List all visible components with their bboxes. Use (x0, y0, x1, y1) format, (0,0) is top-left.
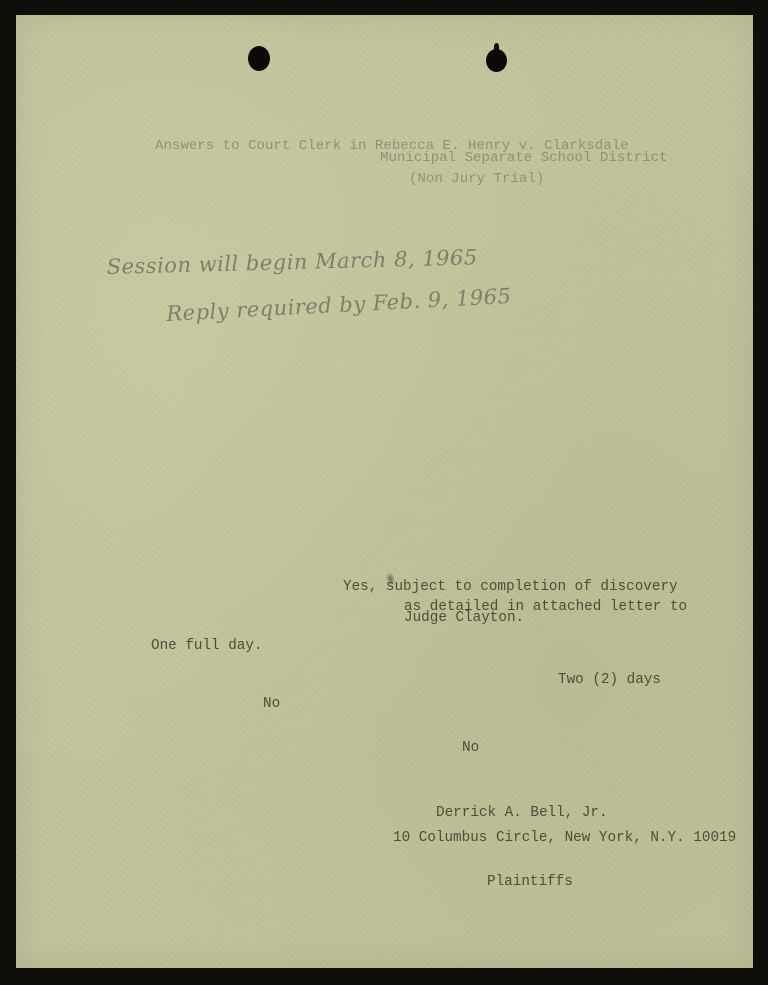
answer-5: No (462, 741, 479, 755)
answer-1-line-3: Judge Clayton. (404, 611, 524, 625)
answer-3: Two (2) days (558, 673, 661, 687)
punch-hole-right (486, 49, 507, 72)
signature-role: Plaintiffs (487, 875, 573, 889)
answer-4: No (263, 697, 280, 711)
punch-hole-left (248, 46, 270, 71)
header-line-2: Municipal Separate School District (380, 151, 668, 165)
header-line-3: (Non Jury Trial) (409, 172, 544, 186)
document-page: Answers to Court Clerk in Rebecca E. Hen… (16, 15, 753, 968)
signature-address: 10 Columbus Circle, New York, N.Y. 10019 (393, 831, 736, 845)
handwritten-note-session: Session will begin March 8, 1965 (106, 245, 478, 279)
answer-2: One full day. (151, 639, 263, 653)
signature-name: Derrick A. Bell, Jr. (436, 806, 608, 820)
handwritten-note-reply: Reply required by Feb. 9, 1965 (166, 284, 512, 326)
